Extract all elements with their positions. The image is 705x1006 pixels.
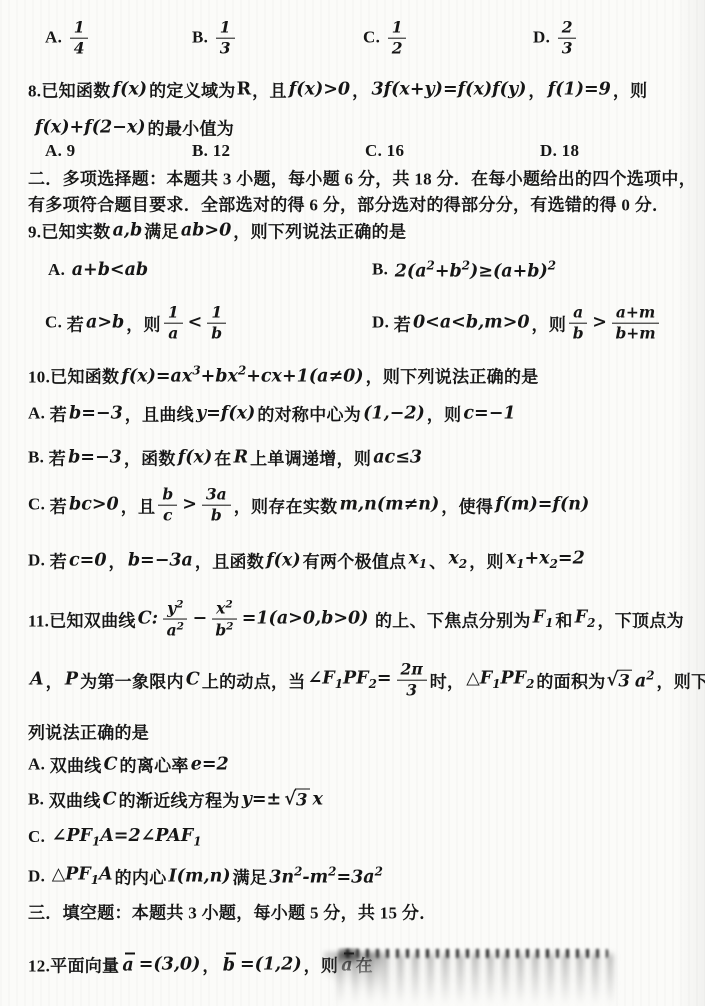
fraction-numerator: 1 [207, 304, 226, 324]
text-line: A. a+b<abB. 2(a2+b2)≥(a+b)2 [0, 248, 705, 292]
body-text: B. [28, 789, 49, 809]
math-text: x2 [448, 549, 467, 572]
math-text: △F1PF2 [466, 669, 534, 692]
math-text: R [234, 447, 249, 467]
math-text: f(x)>0 [289, 79, 350, 99]
body-text: ，则 [304, 952, 339, 977]
text-segment: A. a+b<ab [48, 260, 150, 280]
section-header-text: 三．填空题：本题共 3 小题，每小题 5 分，共 15 分． [28, 899, 437, 924]
fraction: 13 [216, 19, 235, 58]
text-segment: 8.已知函数f(x)的定义域为R，且f(x)>0，3f(x+y)=f(x)f(y… [28, 77, 647, 102]
text-line: A. 14B. 13C. 12D. 23 [0, 12, 705, 64]
fraction-denominator: 3 [220, 39, 231, 58]
body-text: 12.平面向量 [28, 952, 119, 977]
fraction-numerator: 2π [397, 661, 427, 681]
body-text: 若 [394, 311, 411, 336]
body-text: 在 [214, 445, 231, 470]
body-text: 若 [50, 548, 67, 573]
fraction-denominator: b [573, 324, 584, 343]
math-text: b=−3 [69, 403, 123, 423]
text-segment: C. 16 [365, 141, 404, 161]
sqrt-expression: √3 [284, 789, 309, 810]
sqrt-radicand: 3 [295, 789, 309, 810]
text-line: A. 9B. 12C. 16D. 18 [0, 138, 705, 164]
body-text: 上的动点，当 [202, 668, 306, 693]
math-text: a2 [635, 669, 655, 692]
body-text: 的上、下焦点分别为 [370, 607, 530, 632]
body-text: 9.已知实数 [28, 218, 111, 243]
math-text: b=−3a [128, 550, 193, 570]
vector-symbol: b [223, 953, 235, 976]
math-text: m,n(m≠n) [340, 495, 440, 515]
body-text: C. [28, 827, 50, 847]
supscript: 2 [375, 865, 383, 879]
subscript: 1 [91, 873, 99, 887]
text-segment: D. 若0<a<b,m>0，则ab>a+mb+m [372, 304, 662, 343]
text-segment: f(x)+f(2−x)的最小值为 [33, 115, 234, 140]
math-text: 3n2-m2=3a2 [269, 865, 383, 888]
text-segment: B. 双曲线C的渐近线方程为y=±√3x [28, 787, 325, 812]
body-text: D. [28, 866, 50, 886]
fraction: 23 [558, 19, 577, 58]
subscript: 2 [550, 557, 558, 571]
math-text: > [592, 313, 607, 333]
math-text: f(x)+f(2−x) [35, 117, 146, 137]
text-line: C. 若a>b，则1a<1bD. 若0<a<b,m>0，则ab>a+mb+m [0, 292, 705, 354]
fraction-numerator: 1 [70, 19, 89, 39]
body-text: ，且曲线 [125, 401, 194, 426]
text-segment: D. 若c=0，b=−3a，且函数f(x)有两个极值点x1、x2，则x1+x2=… [28, 548, 587, 573]
body-text: 的离心率 [120, 752, 189, 777]
fraction-numerator: b [158, 486, 177, 506]
fraction-numerator: x2 [212, 599, 237, 620]
subscript: 1 [193, 834, 201, 848]
fraction: x2b2 [212, 599, 237, 640]
math-text: b=−3 [68, 447, 122, 467]
text-line: 10.已知函数f(x)=ax3+bx2+cx+1(a≠0)，则下列说法正确的是 [0, 358, 705, 392]
body-text: ， [352, 77, 369, 102]
math-text: x1 [408, 549, 427, 572]
text-segment: 三．填空题：本题共 3 小题，每小题 5 分，共 15 分． [28, 899, 437, 924]
supscript: 2 [427, 259, 435, 273]
body-text: ，且 [252, 77, 287, 102]
fraction-denominator: c [163, 506, 172, 525]
supscript: 2 [177, 621, 184, 633]
math-text: I(m,n) [169, 866, 231, 886]
body-text: 若 [50, 401, 67, 426]
body-text: ，则 [532, 311, 567, 336]
math-text: 0<a<b,m>0 [413, 313, 530, 333]
fraction-numerator: a [569, 304, 587, 324]
math-text: f(x) [113, 79, 148, 99]
math-text: ∠PF1A=2∠PAF1 [52, 826, 202, 849]
fraction-denominator: 3 [562, 39, 573, 58]
fraction-numerator: 1 [216, 19, 235, 39]
text-segment: 二．多项选择题：本题共 3 小题，每小题 6 分，共 18 分．在每小题给出的四… [28, 165, 696, 190]
math-text: F2 [575, 608, 596, 631]
math-text: f(1)=9 [548, 79, 611, 99]
body-text: 的渐近线方程为 [119, 787, 240, 812]
body-text: B. 12 [192, 141, 230, 161]
body-text: ，且函数 [195, 548, 264, 573]
body-text: ，则 [126, 311, 161, 336]
text-segment: A. 若b=−3，且曲线y=f(x)的对称中心为(1,−2)，则c=−1 [28, 401, 518, 426]
text-line: 8.已知函数f(x)的定义域为R，且f(x)>0，3f(x+y)=f(x)f(y… [0, 74, 705, 104]
body-text: ，则下列说法正确的是 [233, 218, 406, 243]
math-text: a+b<ab [72, 260, 148, 280]
body-text: 8.已知函数 [28, 77, 111, 102]
body-text: B. [372, 260, 393, 280]
fraction-denominator: 4 [74, 39, 85, 58]
fraction: a+mb+m [612, 304, 659, 343]
subscript: 2 [526, 677, 534, 691]
body-text: ， [109, 548, 126, 573]
fraction-numerator: 1 [164, 304, 183, 324]
section-header-text: 有多项符合题目要求．全部选对的得 6 分，部分选对的得部分分，有选错的得 0 分… [28, 191, 669, 216]
math-text: > [182, 495, 197, 515]
fraction-denominator: b2 [215, 620, 233, 640]
fraction: bc [158, 486, 177, 525]
body-text: 若 [49, 445, 66, 470]
body-text: 若 [67, 311, 84, 336]
body-text: 上单调递增，则 [250, 445, 371, 470]
supscript: 2 [294, 865, 302, 879]
text-line: A. 若b=−3，且曲线y=f(x)的对称中心为(1,−2)，则c=−1 [0, 396, 705, 430]
text-line: B. 双曲线C的渐近线方程为y=±√3x [0, 782, 705, 816]
text-segment: C. 12 [363, 19, 409, 58]
text-line: 9.已知实数a,b满足ab>0，则下列说法正确的是 [0, 216, 705, 244]
math-text: f(m)=f(n) [495, 495, 589, 515]
body-text: ，且 [121, 493, 156, 518]
sqrt-radicand: 3 [617, 670, 631, 691]
body-text: 的定义域为 [149, 77, 236, 102]
math-text: y=± [242, 789, 282, 809]
text-line: 三．填空题：本题共 3 小题，每小题 5 分，共 15 分． [0, 898, 705, 924]
sqrt-expression: √3 [607, 670, 632, 691]
exam-page: A. 14B. 13C. 12D. 238.已知函数f(x)的定义域为R，且f(… [0, 0, 705, 1006]
supscript: 2 [226, 621, 233, 633]
text-segment: 12.平面向量a=(3,0)，b=(1,2)，则a在 [28, 952, 373, 977]
fraction-numerator: a+m [612, 304, 659, 324]
math-text: C: [138, 609, 158, 629]
math-text: < [188, 313, 203, 333]
body-text: ，则 [613, 77, 648, 102]
body-text: 有两个极值点 [303, 548, 407, 573]
math-text: =1(a>0,b>0) [242, 609, 369, 629]
text-segment: 9.已知实数a,b满足ab>0，则下列说法正确的是 [28, 218, 406, 243]
body-text: 为第一象限内 [80, 668, 184, 693]
body-text: 、 [429, 548, 446, 573]
subscript: 2 [459, 557, 467, 571]
math-text: c=0 [69, 550, 107, 570]
body-text: ，函数 [124, 445, 176, 470]
fraction-denominator: 2 [392, 39, 403, 58]
text-line: 有多项符合题目要求．全部选对的得 6 分，部分选对的得部分分，有选错的得 0 分… [0, 190, 705, 216]
fraction: 1a [164, 304, 183, 343]
body-text: 双曲线 [50, 752, 102, 777]
fraction-denominator: b [211, 506, 222, 525]
text-line: C. 若bc>0，且bc>3ab，则存在实数m,n(m≠n)，使得f(m)=f(… [0, 476, 705, 534]
body-text: C. [45, 313, 67, 333]
math-text: x1+x2=2 [506, 549, 585, 572]
body-text: ， [202, 952, 219, 977]
math-text: C [104, 754, 118, 774]
text-segment: C. 若a>b，则1a<1b [45, 304, 229, 343]
text-segment: D. 23 [533, 19, 579, 58]
math-text: x [313, 789, 323, 809]
body-text: A. [45, 28, 67, 48]
body-text: ， [528, 77, 545, 102]
math-text: y=f(x) [196, 403, 255, 423]
fraction: y2a2 [163, 599, 187, 640]
text-line: A. 双曲线C的离心率e=2 [0, 750, 705, 778]
math-text: =(3,0) [139, 954, 201, 974]
text-segment: 有多项符合题目要求．全部选对的得 6 分，部分选对的得部分分，有选错的得 0 分… [28, 191, 669, 216]
body-text: C. 16 [365, 141, 404, 161]
text-segment: B. 12 [192, 141, 230, 161]
text-line: 12.平面向量a=(3,0)，b=(1,2)，则a在 [0, 944, 705, 984]
body-text: 11.已知双曲线 [28, 607, 136, 632]
text-segment: D. 18 [540, 141, 579, 161]
supscript: 2 [238, 364, 246, 378]
body-text: ，则下 [657, 668, 705, 693]
body-text: 的对称中心为 [257, 401, 361, 426]
fraction-denominator: a [168, 324, 178, 343]
fraction-numerator: 2 [558, 19, 577, 39]
text-line: C. ∠PF1A=2∠PAF1 [0, 822, 705, 852]
math-text: f(x) [178, 447, 213, 467]
math-upright-text: R [237, 79, 252, 99]
body-text: A. [28, 754, 50, 774]
body-text: ，则 [469, 548, 504, 573]
body-text: D. [372, 313, 394, 333]
body-text: A. [28, 403, 50, 423]
supscript: 3 [192, 364, 200, 378]
math-text: F1 [533, 608, 554, 631]
math-text: A [30, 670, 44, 690]
math-text: bc>0 [69, 495, 119, 515]
text-segment: 11.已知双曲线C:y2a2−x2b2=1(a>0,b>0) 的上、下焦点分别为… [28, 599, 684, 640]
fraction: 2π3 [397, 661, 427, 700]
body-text: 若 [50, 493, 67, 518]
subscript: 1 [335, 677, 343, 691]
body-text: 满足 [144, 218, 179, 243]
math-text: f(x)=ax3+bx2+cx+1(a≠0) [121, 364, 363, 387]
body-text: ， [46, 668, 63, 693]
body-text: C. [28, 495, 50, 515]
math-text: (1,−2) [363, 403, 425, 423]
text-line: 列说法正确的是 [0, 718, 705, 744]
text-line: A，P为第一象限内C上的动点，当∠F1PF2=2π3时，△F1PF2的面积为√3… [0, 650, 705, 710]
supscript: 2 [328, 865, 336, 879]
subscript: 2 [587, 616, 595, 630]
text-line: 11.已知双曲线C:y2a2−x2b2=1(a>0,b>0) 的上、下焦点分别为… [0, 590, 705, 648]
text-segment: A. 双曲线C的离心率e=2 [28, 752, 231, 777]
body-text: ，下顶点为 [597, 607, 684, 632]
body-text: 10.已知函数 [28, 363, 119, 388]
math-text: =(1,2) [240, 954, 302, 974]
text-segment: A. 9 [45, 141, 75, 161]
math-text: ∠F1PF2= [308, 669, 392, 692]
supscript: 2 [646, 669, 654, 683]
math-text: a>b [86, 313, 124, 333]
math-text: ac≤3 [373, 447, 422, 467]
subscript: 2 [369, 677, 377, 691]
vector-symbol: a [122, 953, 133, 976]
body-text: 时， [430, 668, 465, 693]
math-text: f(x) [266, 550, 301, 570]
fraction-denominator: b [211, 324, 222, 343]
math-text: c=−1 [463, 403, 515, 423]
text-segment: 10.已知函数f(x)=ax3+bx2+cx+1(a≠0)，则下列说法正确的是 [28, 363, 539, 388]
math-text: ab>0 [181, 220, 231, 240]
body-text: C. [363, 28, 385, 48]
vector-symbol: a [341, 953, 352, 976]
body-text: 的最小值为 [148, 115, 235, 140]
text-line: B. 若b=−3，函数f(x)在R上单调递增，则ac≤3 [0, 440, 705, 474]
subscript: 1 [492, 677, 500, 691]
text-line: 二．多项选择题：本题共 3 小题，每小题 6 分，共 18 分．在每小题给出的四… [0, 164, 705, 190]
supscript: 2 [225, 599, 232, 611]
body-text: D. [28, 550, 50, 570]
body-text: D. 18 [540, 141, 579, 161]
body-text: 双曲线 [49, 787, 101, 812]
text-segment: B. 2(a2+b2)≥(a+b)2 [372, 259, 558, 282]
fraction: 12 [388, 19, 407, 58]
text-segment: A. 14 [45, 19, 91, 58]
math-text: P [65, 670, 78, 690]
math-text: a,b [113, 220, 143, 240]
math-text: △PF1A [52, 865, 113, 888]
fraction: 1b [207, 304, 226, 343]
math-text: C [186, 670, 200, 690]
text-segment: B. 若b=−3，函数f(x)在R上单调递增，则ac≤3 [28, 445, 424, 470]
text-segment: C. 若bc>0，且bc>3ab，则存在实数m,n(m≠n)，使得f(m)=f(… [28, 486, 591, 525]
fraction-denominator: b+m [615, 324, 655, 343]
text-line: D. 若c=0，b=−3a，且函数f(x)有两个极值点x1、x2，则x1+x2=… [0, 542, 705, 578]
body-text: 列说法正确的是 [28, 719, 149, 744]
fraction-numerator: 3a [202, 486, 231, 506]
fraction-denominator: 3 [406, 681, 417, 700]
body-text: B. [28, 447, 49, 467]
fraction-numerator: 1 [388, 19, 407, 39]
text-segment: B. 13 [192, 19, 238, 58]
math-text: − [192, 609, 207, 629]
body-text: 的面积为 [536, 668, 605, 693]
subscript: 1 [545, 616, 553, 630]
fraction: ab [569, 304, 587, 343]
body-text: 满足 [233, 864, 268, 889]
math-text: 3f(x+y)=f(x)f(y) [371, 79, 526, 99]
body-text: 在 [356, 952, 373, 977]
body-text: ，使得 [441, 493, 493, 518]
math-text: e=2 [191, 754, 229, 774]
body-text: D. [533, 28, 555, 48]
body-text: ，则存在实数 [234, 493, 338, 518]
supscript: 2 [176, 599, 183, 611]
subscript: 1 [419, 557, 427, 571]
fraction: 14 [70, 19, 89, 58]
body-text: ，则下列说法正确的是 [366, 363, 539, 388]
subscript: 1 [516, 557, 524, 571]
text-segment: D. △PF1A的内心I(m,n)满足3n2-m2=3a2 [28, 864, 385, 889]
fraction: 3ab [202, 486, 231, 525]
body-text: A. [48, 260, 70, 280]
fraction-denominator: a2 [167, 620, 184, 640]
subscript: 1 [92, 834, 100, 848]
text-segment: A，P为第一象限内C上的动点，当∠F1PF2=2π3时，△F1PF2的面积为√3… [28, 661, 705, 700]
math-text: C [103, 789, 117, 809]
body-text: 和 [555, 607, 572, 632]
body-text: 的内心 [115, 864, 167, 889]
text-segment: 列说法正确的是 [28, 719, 149, 744]
text-segment: C. ∠PF1A=2∠PAF1 [28, 826, 203, 849]
section-header-text: 二．多项选择题：本题共 3 小题，每小题 6 分，共 18 分．在每小题给出的四… [28, 165, 696, 190]
math-text: 2(a2+b2)≥(a+b)2 [395, 259, 556, 282]
fraction-numerator: y2 [163, 599, 187, 620]
body-text: B. [192, 28, 213, 48]
supscript: 2 [462, 259, 470, 273]
body-text: A. 9 [45, 141, 75, 161]
text-line: D. △PF1A的内心I(m,n)满足3n2-m2=3a2 [0, 858, 705, 894]
body-text: ，则 [427, 401, 462, 426]
supscript: 2 [548, 259, 556, 273]
